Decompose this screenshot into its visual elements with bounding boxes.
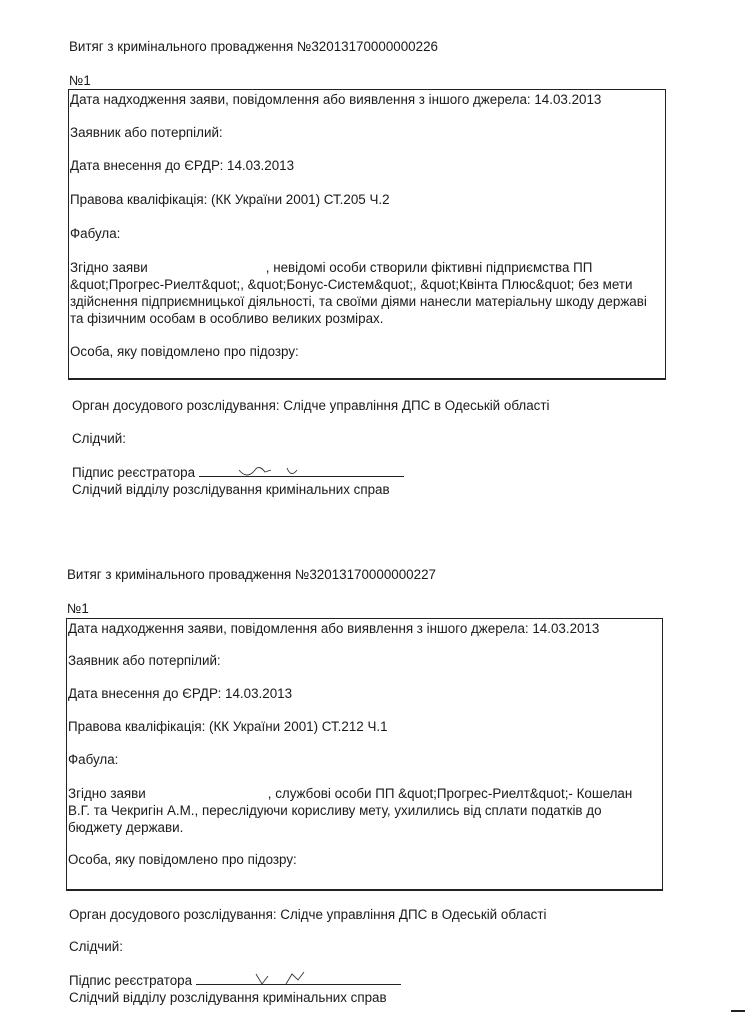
fabula-body: , невідомі особи створили фіктивні підпр… — [70, 260, 647, 326]
signature-scribble-icon — [196, 966, 401, 988]
fabula-prefix: Згідно заяви — [68, 786, 146, 801]
suspect-label: Особа, яку повідомлено про підозру: — [68, 851, 297, 868]
registrar-signature-label: Підпис реєстратора — [69, 973, 192, 988]
fabula-label: Фабула: — [70, 225, 120, 242]
investigation-authority: Орган досудового розслідування: Слідче у… — [69, 906, 546, 923]
legal-qualification: Правова кваліфікація: (КК України 2001) … — [68, 718, 388, 735]
fabula-text: Згідно заяви, службові особи ПП &quot;Пр… — [68, 785, 653, 836]
record-box: Дата надходження заяви, повідомлення або… — [68, 89, 666, 380]
erdr-date: Дата внесення до ЄРДР: 14.03.2013 — [70, 157, 294, 174]
receipt-date: Дата надходження заяви, повідомлення або… — [68, 620, 599, 637]
fabula-prefix: Згідно заяви — [70, 260, 148, 275]
registrar-signature-row: Підпис реєстратора — [72, 464, 404, 481]
signature-scribble-icon — [199, 458, 404, 480]
record-box: Дата надходження заяви, повідомлення або… — [66, 618, 663, 891]
registrar-signature-row: Підпис реєстратора — [69, 972, 401, 989]
investigator-label: Слідчий: — [69, 938, 123, 955]
scan-edge-mark — [731, 1010, 745, 1012]
record-number: №1 — [67, 600, 89, 617]
extract-title: Витяг з кримінального провадження №32013… — [67, 566, 436, 583]
legal-qualification: Правова кваліфікація: (КК України 2001) … — [70, 191, 390, 208]
applicant-label: Заявник або потерпілий: — [68, 652, 221, 669]
fabula-label: Фабула: — [68, 751, 118, 768]
investigation-authority: Орган досудового розслідування: Слідче у… — [72, 397, 549, 414]
erdr-date: Дата внесення до ЄРДР: 14.03.2013 — [68, 685, 292, 702]
registrar-signature-label: Підпис реєстратора — [72, 465, 195, 480]
fabula-body: , службові особи ПП &quot;Прогрес-Риелт&… — [68, 786, 632, 835]
signature-line — [196, 972, 401, 985]
suspect-label: Особа, яку повідомлено про підозру: — [70, 343, 299, 360]
position-label: Слідчий відділу розслідування кримінальн… — [69, 989, 387, 1006]
receipt-date: Дата надходження заяви, повідомлення або… — [70, 91, 601, 108]
applicant-label: Заявник або потерпілий: — [70, 124, 223, 141]
record-number: №1 — [69, 72, 91, 89]
extract-title: Витяг з кримінального провадження №32013… — [69, 38, 438, 55]
fabula-text: Згідно заяви, невідомі особи створили фі… — [70, 259, 655, 327]
position-label: Слідчий відділу розслідування кримінальн… — [72, 481, 390, 498]
signature-line — [199, 464, 404, 477]
investigator-label: Слідчий: — [72, 430, 126, 447]
